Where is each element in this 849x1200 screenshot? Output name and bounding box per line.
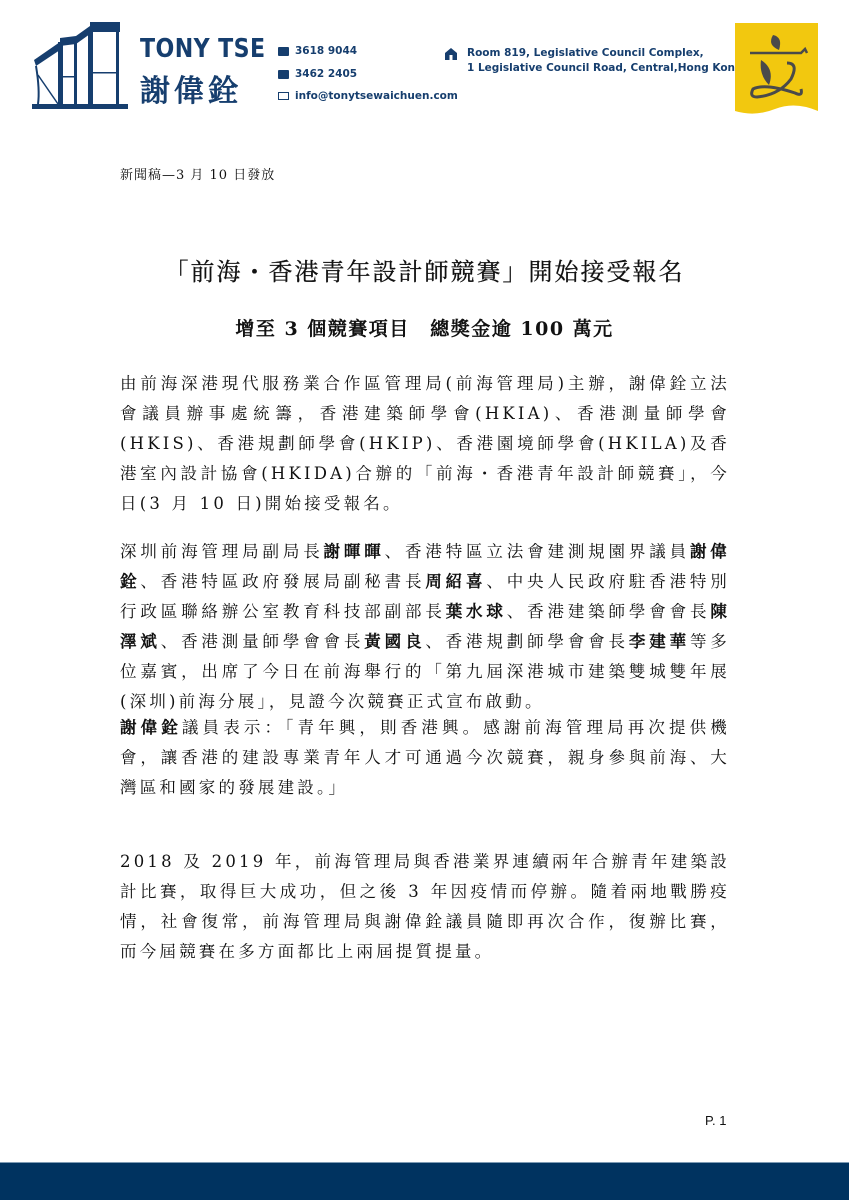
person-name: 李建華 [629, 632, 690, 651]
paragraph-4: 2018 及 2019 年，前海管理局與香港業界連續兩年合辦青年建築設計比賽，取… [120, 847, 730, 967]
page-subtitle: 增至 3 個競賽項目 總獎金逾 100 萬元 [0, 314, 849, 341]
paragraph-3: 謝偉銓議員表示：「青年興，則香港興。感謝前海管理局再次提供機會，讓香港的建設專業… [120, 713, 730, 803]
mail-icon [278, 92, 289, 100]
paragraph-text: 、香港建築師學會會長 [507, 602, 711, 621]
person-name: 葉水球 [446, 602, 507, 621]
address-line-1: Room 819, Legislative Council Complex, [467, 46, 743, 61]
brand-name-zh: 謝偉銓 [140, 66, 242, 110]
fax-number: 3462 2405 [295, 68, 357, 80]
page-number: P. 1 [705, 1113, 726, 1128]
brand-name-en: TONY TSE [140, 34, 266, 64]
paragraph-text: 、香港規劃師學會會長 [425, 632, 629, 651]
paragraph-text: 深圳前海管理局副局長 [120, 542, 324, 561]
house-icon [445, 48, 457, 60]
phone-number: 3618 9044 [295, 45, 357, 57]
contact-fax: 3462 2405 [278, 68, 357, 80]
contact-phone: 3618 9044 [278, 45, 357, 57]
legco-emblem-icon [735, 23, 818, 118]
paragraph-text: 由前海深港現代服務業合作區管理局(前海管理局)主辦，謝偉銓立法會議員辦事處統籌，… [120, 374, 730, 513]
paragraph-text: 、香港特區政府發展局副秘書長 [140, 572, 425, 591]
person-name: 謝偉銓 [120, 718, 182, 737]
person-name: 周紹喜 [425, 572, 486, 591]
email-address: info@tonytsewaichuen.com [295, 90, 458, 102]
building-logo-icon [30, 20, 130, 112]
page-title: 「前海・香港青年設計師競賽」開始接受報名 [0, 252, 849, 287]
fax-icon [278, 70, 289, 79]
paragraph-text: 、香港測量師學會會長 [161, 632, 365, 651]
paragraph-text: 議員表示：「青年興，則香港興。感謝前海管理局再次提供機會，讓香港的建設專業青年人… [120, 718, 730, 797]
person-name: 黃國良 [364, 632, 425, 651]
footer-bar [0, 1162, 849, 1200]
contact-email: info@tonytsewaichuen.com [278, 90, 458, 102]
paragraph-2: 深圳前海管理局副局長謝暉暉、香港特區立法會建測規園界議員謝偉銓、香港特區政府發展… [120, 537, 730, 717]
paragraph-text: 2018 及 2019 年，前海管理局與香港業界連續兩年合辦青年建築設計比賽，取… [120, 852, 730, 961]
letterhead: TONY TSE 謝偉銓 3618 9044 3462 2405 info@to… [0, 0, 849, 130]
paragraph-1: 由前海深港現代服務業合作區管理局(前海管理局)主辦，謝偉銓立法會議員辦事處統籌，… [120, 369, 730, 519]
address-line-2: 1 Legislative Council Road, Central,Hong… [467, 61, 743, 76]
paragraph-text: 、香港特區立法會建測規園界議員 [385, 542, 690, 561]
press-release-dateline: 新聞稿—3 月 10 日發放 [120, 164, 275, 183]
phone-icon [278, 47, 289, 56]
person-name: 謝暉暉 [324, 542, 385, 561]
office-address: Room 819, Legislative Council Complex, 1… [445, 46, 743, 76]
